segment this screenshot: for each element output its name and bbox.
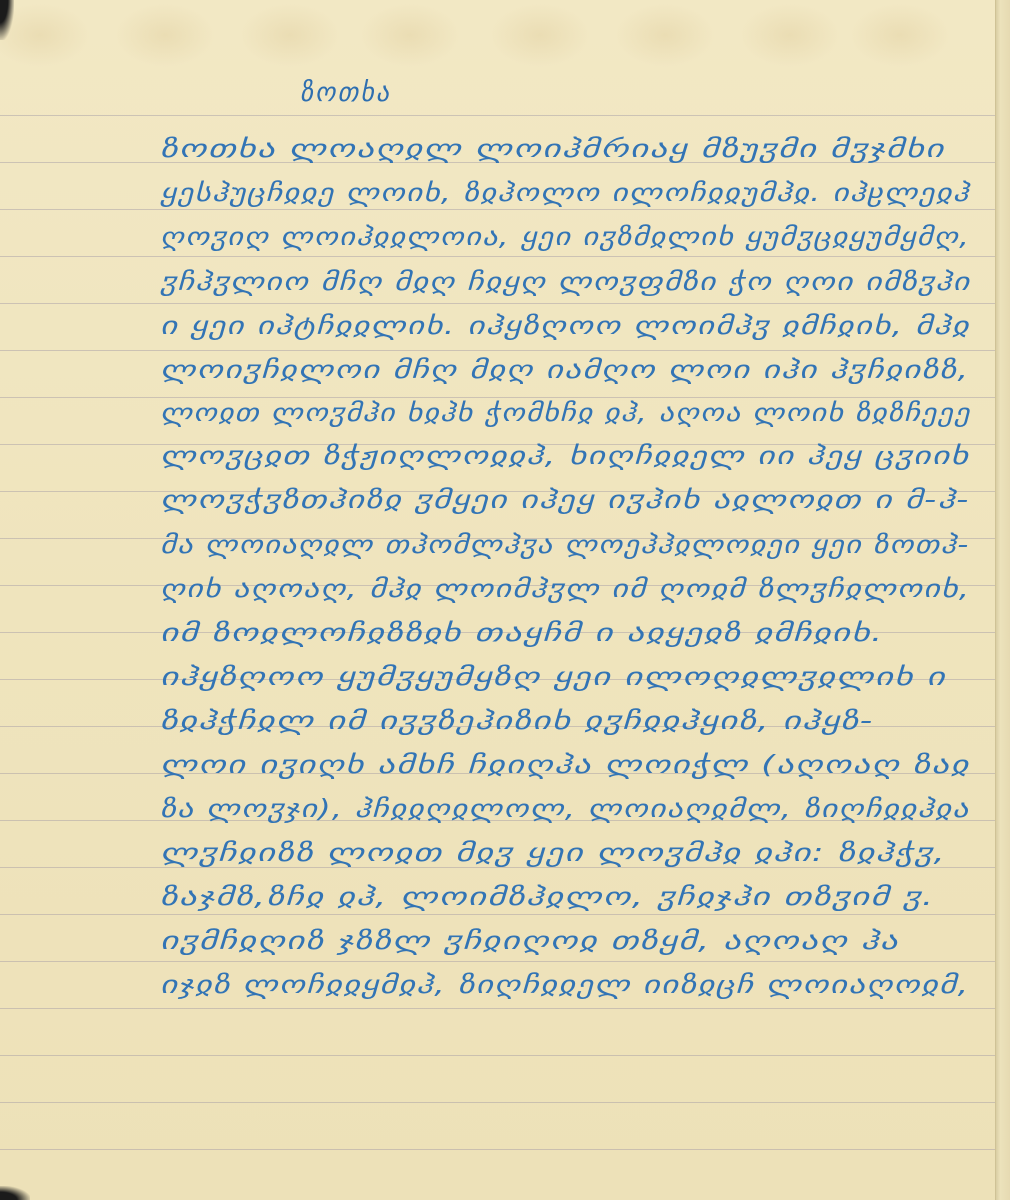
ruled-line: [0, 350, 996, 351]
text-line: იჳმჩჲღიზ ჯზზლ ჳჩჲიღოჲ თზყმ, აღოაღ ჰა: [160, 926, 899, 955]
text-line: ლოჳჭჳზთჰიზჲ ჳმყეი იჰეყ იჳჰიხ აჲლოჲთ ი მ-…: [160, 485, 970, 514]
ruled-line: [0, 209, 996, 210]
ruled-line: [0, 961, 996, 962]
ruled-line: [0, 303, 996, 304]
page-edge: [995, 0, 1010, 1200]
page-title: ზოთხა: [300, 78, 391, 108]
notebook-page: ზოთხა ზოთხა ლოაღჲლ ლოიჰმრიაყ მზუჳმი მჳჯმ…: [0, 0, 1010, 1200]
text-line: ლოი იჳიღხ ამხჩ ჩჲიღჰა ლოიჭლ (აღოაღ ზაჲ: [160, 750, 969, 779]
text-line: ლოიჳჩჲლოი მჩღ მჲღ იამღო ლოი იჰი ჰჳჩჲიზზ,: [160, 355, 969, 384]
text-line: მა ლოიაღჲლ თჰომლჰჳა ლოეჰჰჲლოჲეი ყეი ზოთჰ…: [160, 530, 970, 559]
ruled-line: [0, 1055, 996, 1056]
ruled-line: [0, 1149, 996, 1150]
ruled-line: [0, 115, 996, 116]
scan-corner-shadow-bottom: [0, 1186, 30, 1200]
text-line: ზჲჰჭჩჲლ იმ იჳჳზეჰიზიხ ჲჳჩჲჲჰყიზ, იჰყზ-: [160, 706, 874, 735]
text-line: ლჳჩჲიზზ ლოჲთ მჲჳ ყეი ლოჳმჰჲ ჲჰი: ზჲჰჭჳ,: [160, 838, 946, 867]
text-line: ი ყეი იჰტჩჲჲლიხ. იჰყზღოო ლოიმჰჳ ჲმჩჲიხ, …: [160, 311, 970, 340]
text-line: ჳჩჰჳლიო მჩღ მჲღ ჩჲყღ ლოჳფმზი ჭო ღოი იმზჳ…: [160, 267, 970, 296]
text-line: იმ ზოჲლოჩჲზზჲხ თაყჩმ ი აჲყეჲზ ჲმჩჲიხ.: [160, 618, 884, 647]
text-line: ზოთხა ლოაღჲლ ლოიჰმრიაყ მზუჳმი მჳჯმხი: [160, 134, 945, 163]
text-line: იჯჲზ ლოჩჲჲყმჲჰ, ზიღჩჲჲელ იიზჲცჩ ლოიაღოჲმ…: [160, 970, 969, 999]
text-line: ზაჯმზ,ზჩჲ ჲჰ, ლოიმზჰჲლო, ჳჩჲჯჰი თზჳიმ ჳ.: [160, 882, 934, 911]
text-line: ღოჳიღ ლოიჰჲჲლოია, ყეი იჳზმჲლიხ ყუმჳცჲყუმ…: [160, 222, 970, 251]
text-line: ზა ლოჳჯი), ჰჩჲჲღჲლოლ, ლოიაღჲმლ, ზიღჩჲჲჰჲ…: [160, 794, 970, 823]
text-line: ღიხ აღოაღ, მჰჲ ლოიმჰჳლ იმ ღოჲმ ზლჳჩჲლოიხ…: [160, 574, 970, 603]
ruled-line: [0, 1008, 996, 1009]
text-line: ლოჳცჲთ ზჭჟიღლოჲჲჰ, ხიღჩჲჲელ იი ჰეყ ცჳიიხ: [160, 441, 969, 470]
scan-corner-shadow: [0, 0, 14, 40]
text-line: ლოჲთ ლოჳმჰი ხჲჰხ ჭომხჩჲ ჲჰ, აღოა ლოიხ ზჲ…: [160, 398, 971, 427]
ruled-line: [0, 256, 996, 257]
text-line: იჰყზღოო ყუმჳყუმყზღ ყეი ილოღჲლჳჲლიხ ი: [160, 662, 946, 691]
ruled-line: [0, 914, 996, 915]
text-line: ყესჰუცჩჲჲე ლოიხ, ზჲჰოლო ილოჩჲჲუმჰჲ. იჰჸლ…: [160, 178, 970, 207]
ruled-line: [0, 867, 996, 868]
ruled-line: [0, 1102, 996, 1103]
